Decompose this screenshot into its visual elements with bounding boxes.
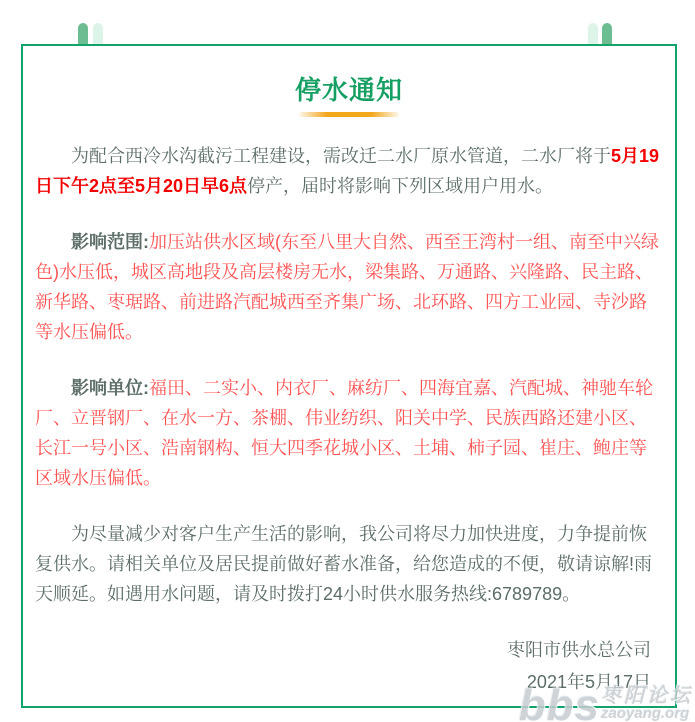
text-segment: 为尽量减少对客户生产生活的影响，我公司将尽力加快进度，力争提前恢复供水。请相关单…: [35, 524, 652, 604]
text-segment: 影响范围:: [71, 232, 149, 252]
notice-paragraph: 为尽量减少对客户生产生活的影响，我公司将尽力加快进度，力争提前恢复供水。请相关单…: [35, 519, 663, 609]
notice-paragraphs: 为配合西冷水沟截污工程建设，需改迁二水厂原水管道，二水厂将于5月19日下午2点至…: [35, 141, 663, 609]
notice-paragraph: 影响单位:福田、二实小、内衣厂、麻纺厂、四海宜嘉、汽配城、神驰车轮厂、立晋钢厂、…: [35, 373, 663, 493]
text-segment: 影响单位:: [71, 378, 149, 398]
signature-block: 枣阳市供水总公司 2021年5月17日: [35, 635, 663, 697]
text-segment: 为配合西冷水沟截污工程建设，需改迁二水厂原水管道，二水厂将于: [71, 146, 611, 166]
notice-paragraph: 为配合西冷水沟截污工程建设，需改迁二水厂原水管道，二水厂将于5月19日下午2点至…: [35, 141, 663, 201]
text-segment: 停产，届时将影响下列区域用户用水。: [247, 176, 553, 196]
notice-content: 停水通知 为配合西冷水沟截污工程建设，需改迁二水厂原水管道，二水厂将于5月19日…: [23, 46, 675, 697]
notice-card: 停水通知 为配合西冷水沟截污工程建设，需改迁二水厂原水管道，二水厂将于5月19日…: [21, 44, 677, 708]
notice-paragraph: 影响范围:加压站供水区域(东至八里大自然、西至王湾村一组、南至中兴绿色)水压低，…: [35, 227, 663, 347]
signature: 枣阳市供水总公司: [35, 635, 651, 665]
title-underline-bar: [299, 112, 399, 117]
notice-title: 停水通知: [35, 76, 663, 104]
notice-date: 2021年5月17日: [35, 667, 651, 697]
